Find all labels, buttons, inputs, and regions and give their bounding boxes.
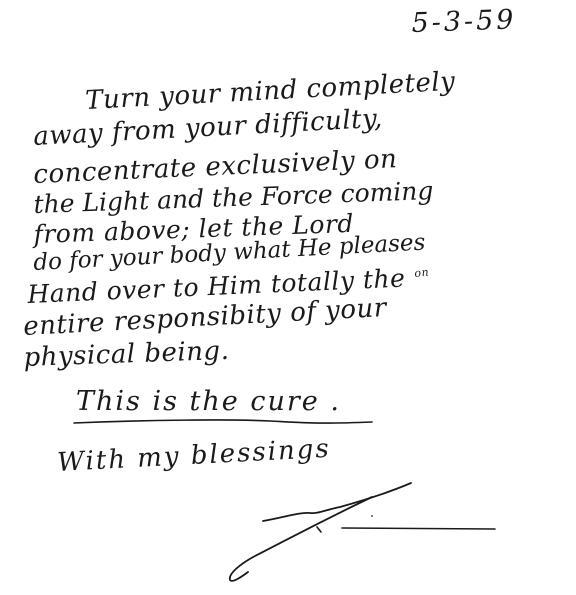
body-line: physical being. <box>23 338 230 371</box>
emphasis-underline <box>74 420 372 423</box>
inserted-word: on <box>414 267 430 279</box>
body-line: Turn your mind completely <box>85 69 456 114</box>
letter-page: 5-3-59 Turn your mind completely away fr… <box>0 0 576 595</box>
emphasis-line: This is the cure . <box>76 388 341 415</box>
closing-line: With my blessings <box>57 436 332 476</box>
letter-date: 5-3-59 <box>411 6 517 37</box>
signature-mark <box>230 483 495 581</box>
